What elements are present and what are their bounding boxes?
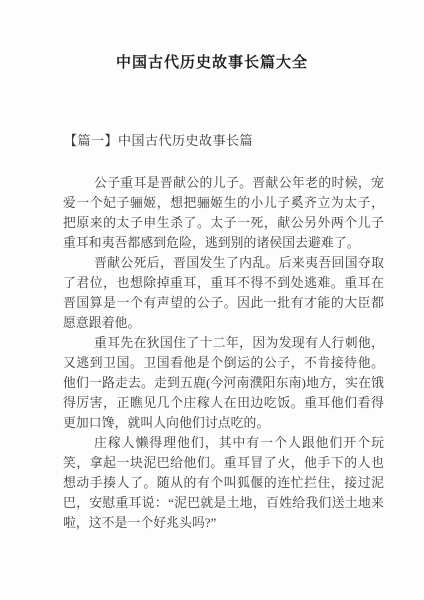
story-body: 公子重耳是晋献公的儿子。晋献公年老的时候，宠爱一个妃子骊姬，想把骊姬生的小儿子奚… <box>63 173 384 533</box>
page-title: 中国古代历史故事长篇大全 <box>0 0 424 72</box>
story-paragraph: 晋献公死后，晋国发生了内乱。后来夷吾回国夺取了君位，也想除掉重耳，重耳不得不到处… <box>63 253 384 333</box>
section-heading: 【篇一】中国古代历史故事长篇 <box>64 133 384 149</box>
story-paragraph: 重耳先在狄国住了十二年，因为发现有人行刺他，又逃到卫国。卫国看他是个倒运的公子，… <box>63 333 384 433</box>
document-page: 中国古代历史故事长篇大全 【篇一】中国古代历史故事长篇 公子重耳是晋献公的儿子。… <box>0 0 424 600</box>
story-paragraph: 公子重耳是晋献公的儿子。晋献公年老的时候，宠爱一个妃子骊姬，想把骊姬生的小儿子奚… <box>63 173 384 253</box>
story-paragraph: 庄稼人懒得理他们，其中有一个人跟他们开个玩笑，拿起一块泥巴给他们。重耳冒了火，他… <box>63 433 384 533</box>
